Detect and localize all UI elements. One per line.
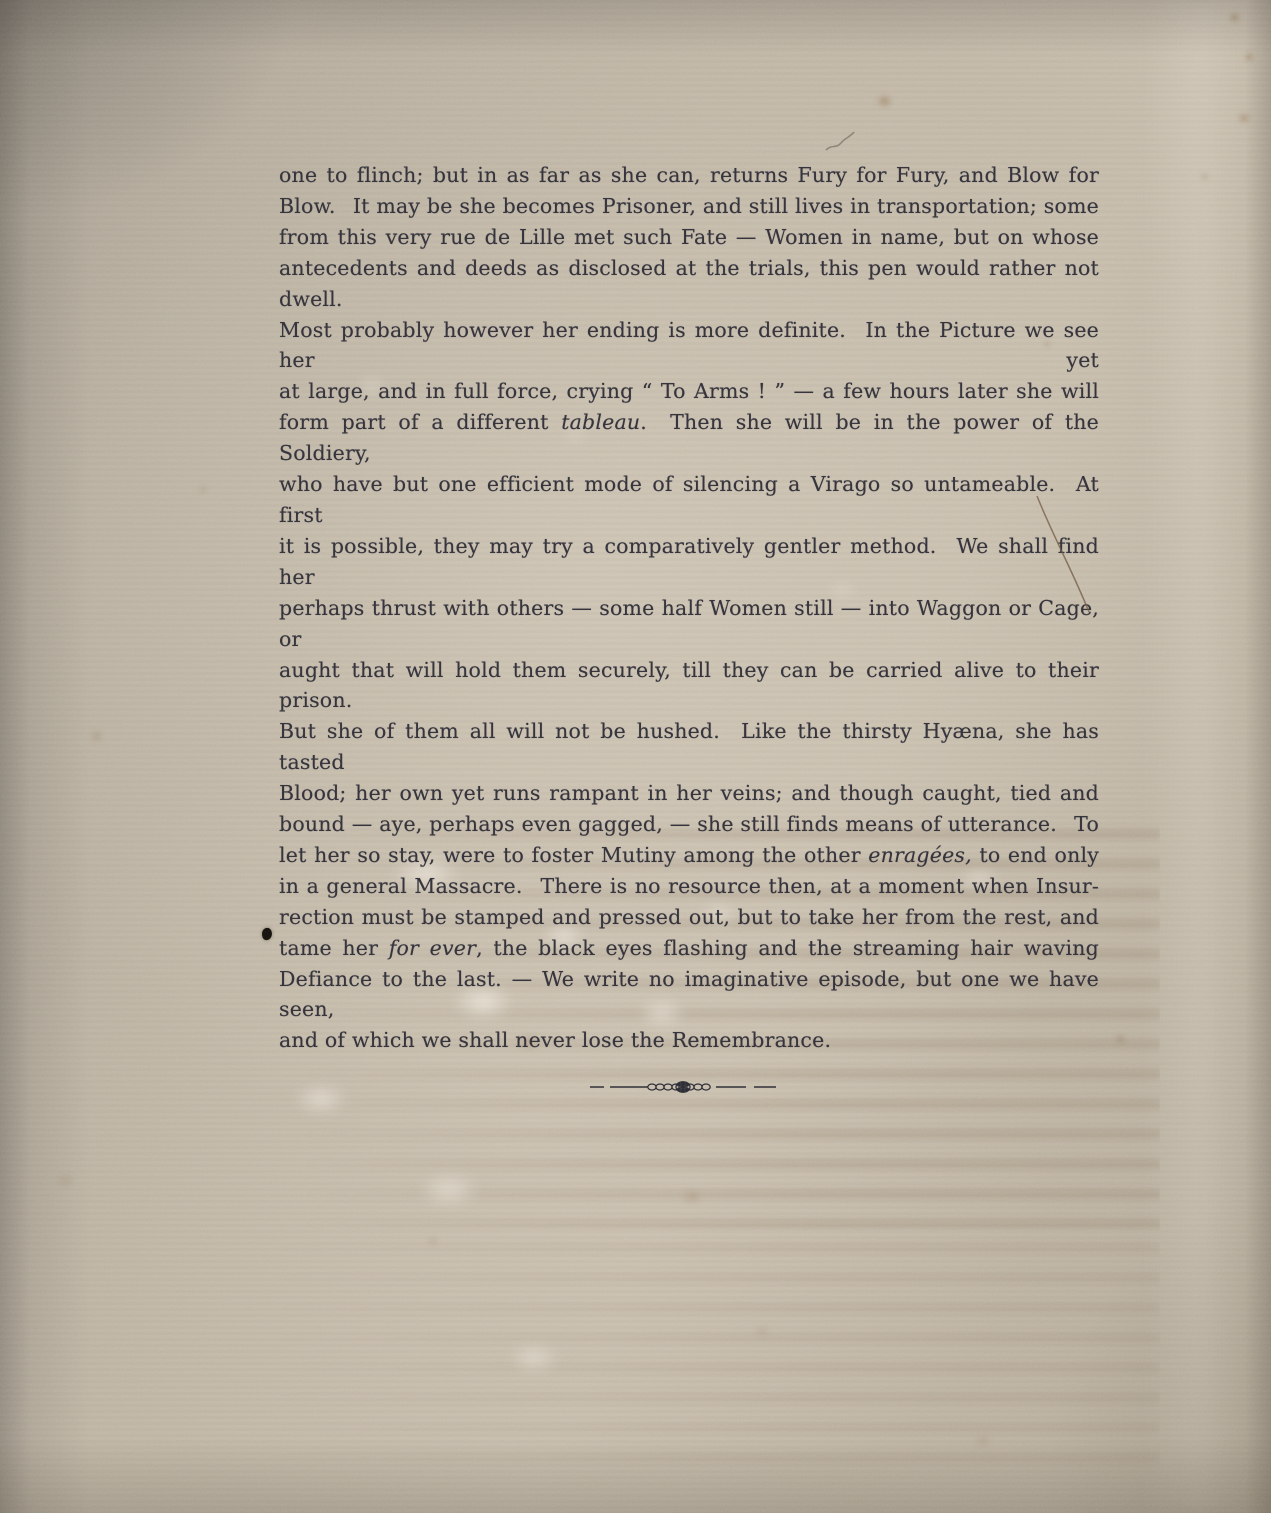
page-background: one to flinch; but in as far as she can,… <box>0 0 1271 1513</box>
edge-vignette <box>0 0 1271 1513</box>
